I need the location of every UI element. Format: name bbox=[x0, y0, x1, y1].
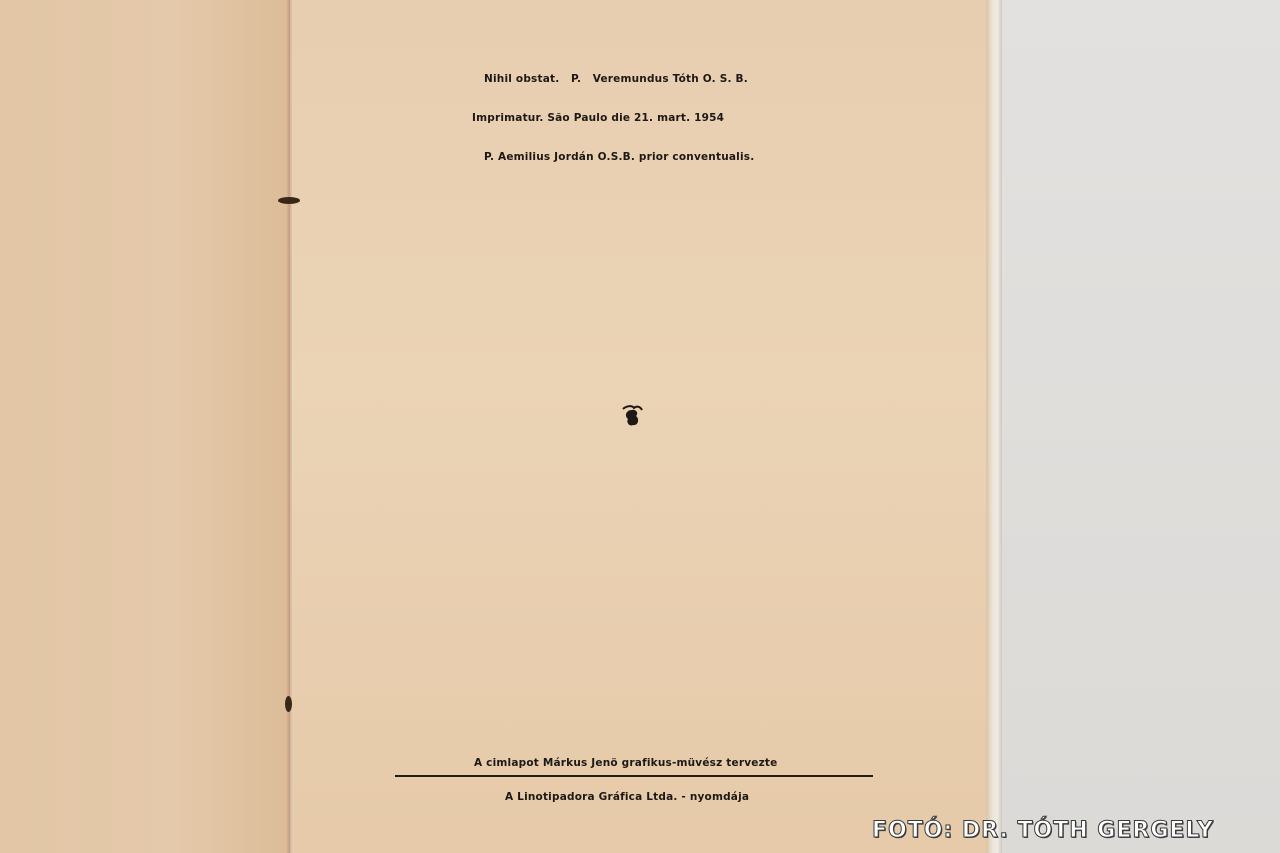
printer-credit: A Linotipadora Gráfica Ltda. - nyomdája bbox=[505, 791, 749, 803]
left-page bbox=[0, 0, 290, 853]
colophon-rule bbox=[395, 775, 873, 777]
ecclesiastical-approval: Nihil obstat. P. Veremundus Tóth O. S. B… bbox=[472, 47, 754, 177]
fleuron-ornament-icon bbox=[620, 404, 644, 430]
approval-prior: P. Aemilius Jordán O.S.B. prior conventu… bbox=[472, 151, 754, 164]
binding-hole-top bbox=[278, 197, 300, 204]
approval-imprimatur: Imprimatur. São Paulo die 21. mart. 1954 bbox=[472, 112, 754, 125]
backdrop-surface bbox=[1002, 0, 1280, 853]
binding-hole-bottom bbox=[285, 696, 292, 712]
approval-nihil-obstat: Nihil obstat. P. Veremundus Tóth O. S. B… bbox=[472, 73, 754, 86]
page-edge bbox=[986, 0, 1002, 853]
photo-credit-watermark: FOTÓ: DR. TÓTH GERGELY bbox=[872, 818, 1214, 843]
cover-designer-credit: A cimlapot Márkus Jenö grafikus-müvész t… bbox=[474, 757, 777, 769]
